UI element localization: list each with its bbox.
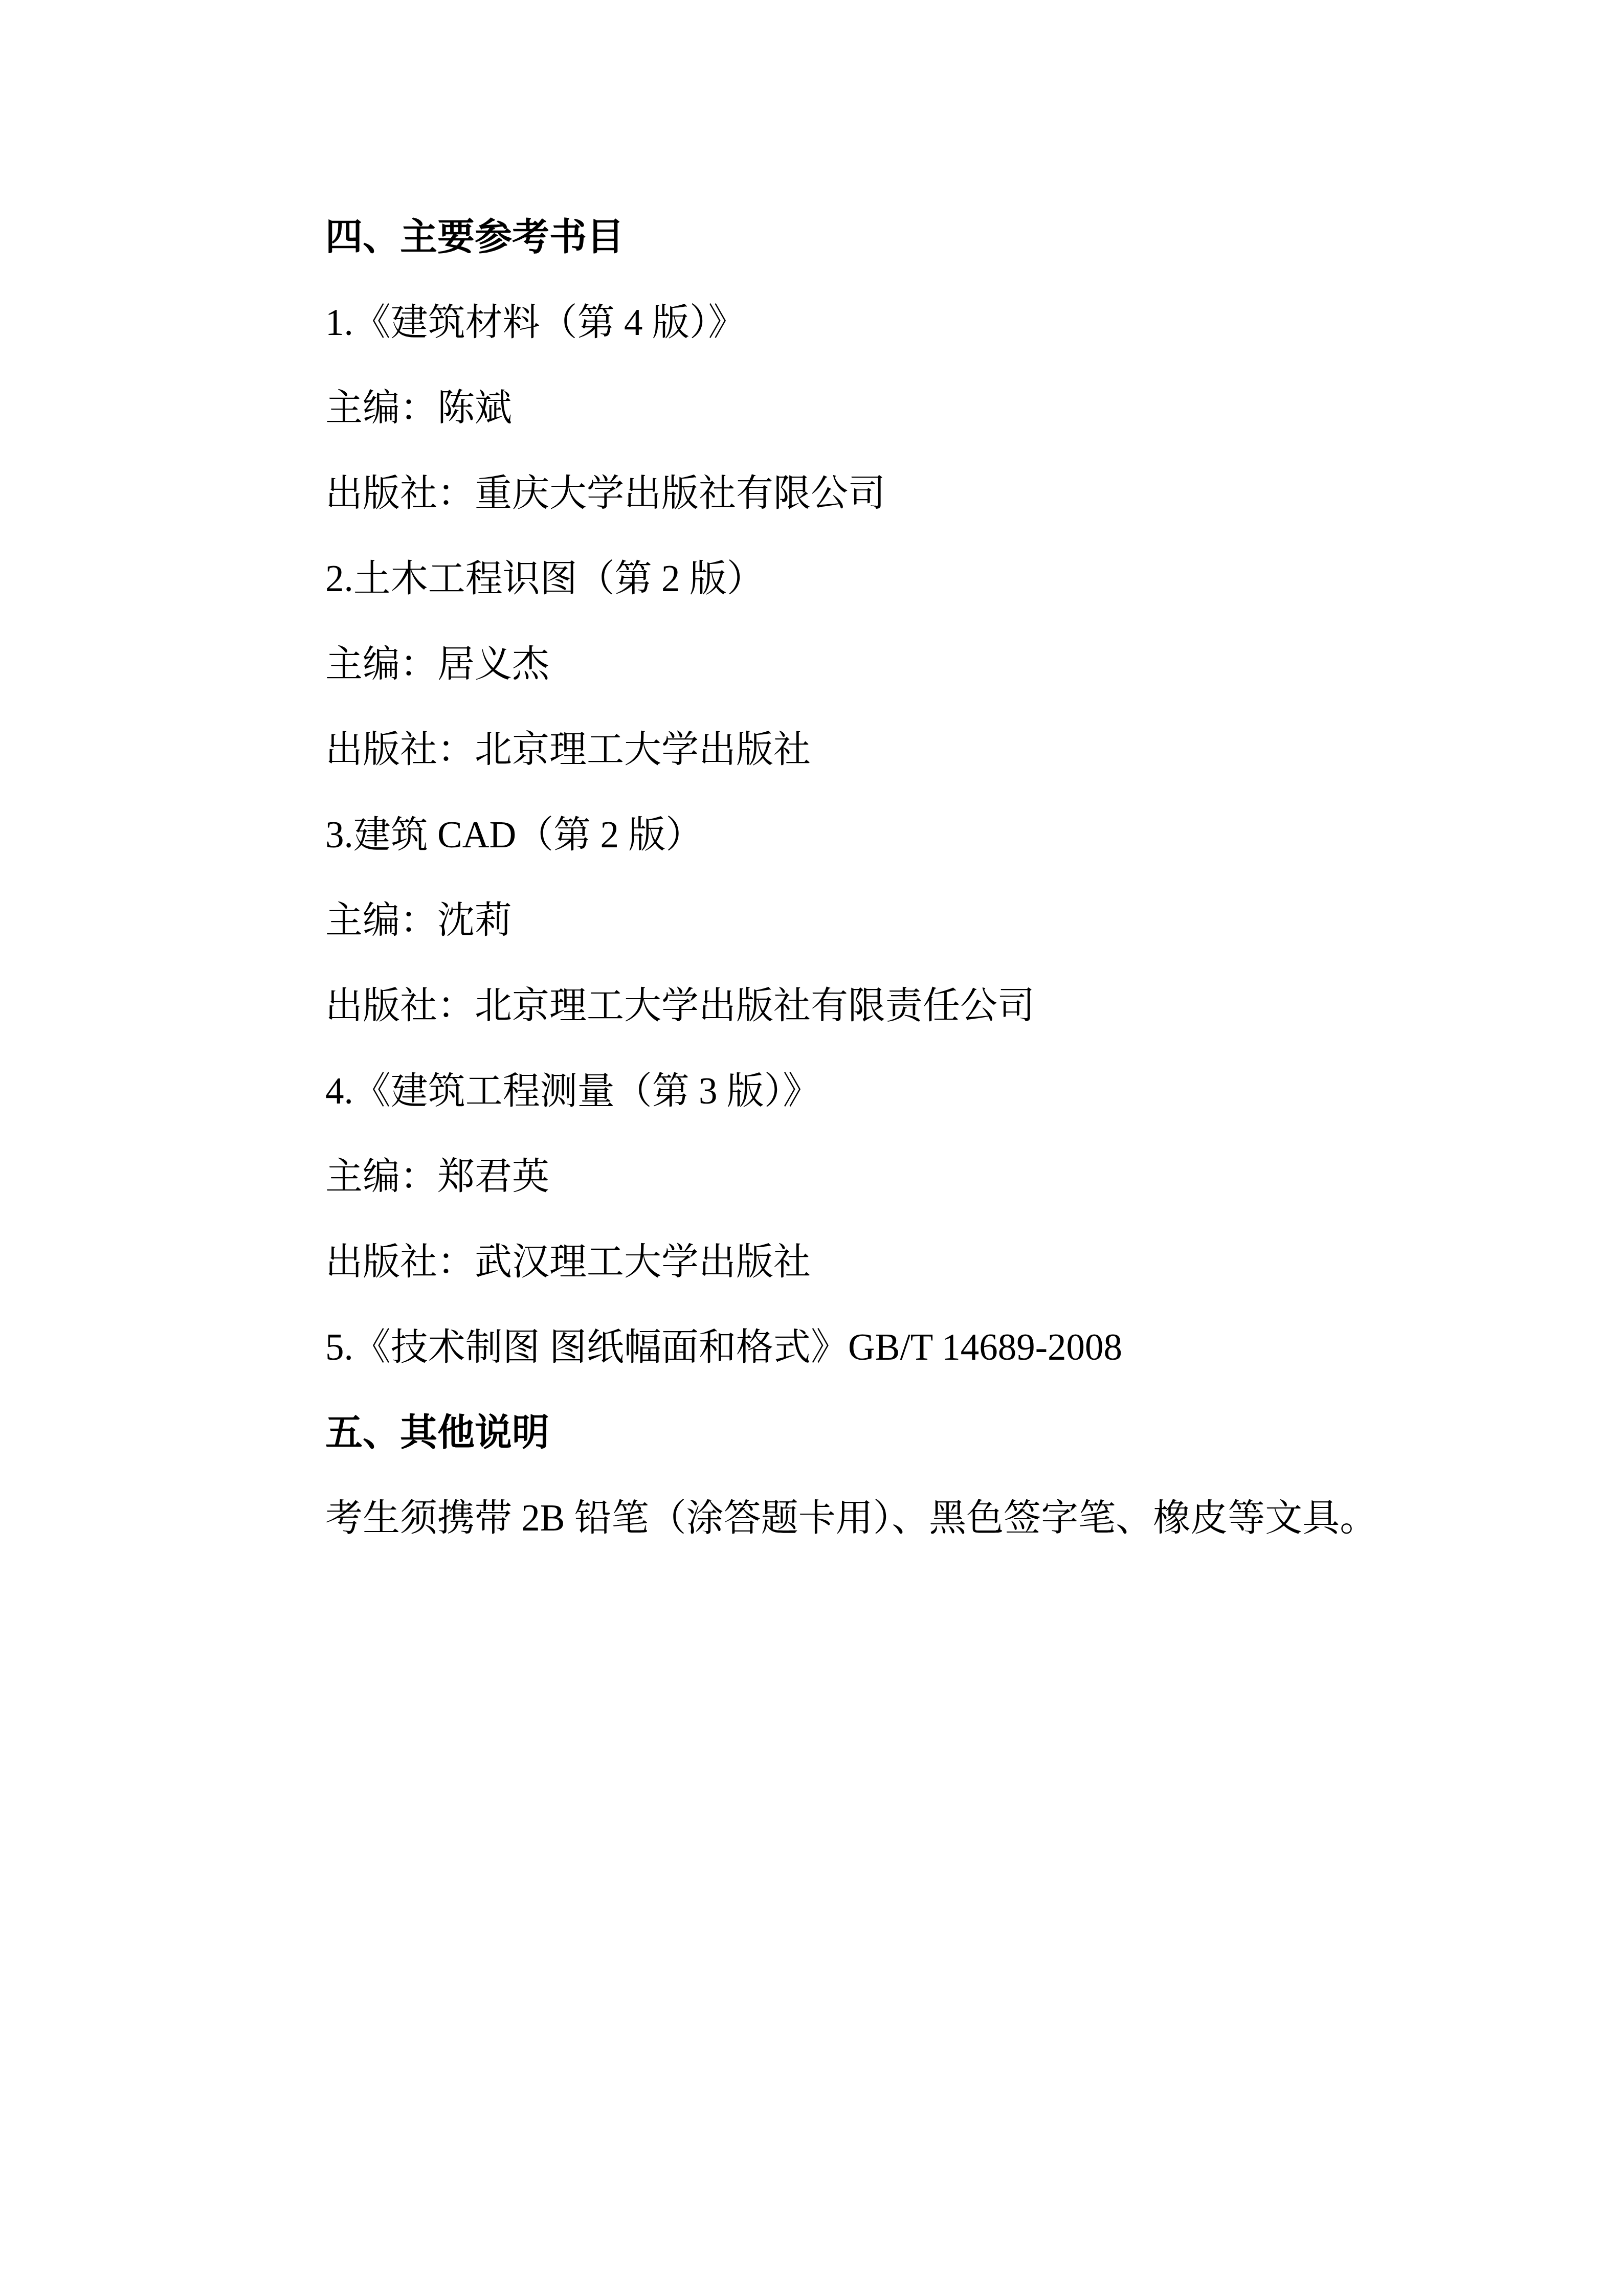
exam-supplies-note: 考生须携带 2B 铅笔（涂答题卡用）、黑色签字笔、橡皮等文具。: [325, 1475, 1451, 1561]
section-heading-references: 四、主要参考书目: [325, 194, 1451, 280]
book-2-publisher: 出版社：北京理工大学出版社: [325, 707, 1451, 792]
book-5-title: 5.《技术制图 图纸幅面和格式》GB/T 14689-2008: [325, 1304, 1451, 1390]
book-1-publisher: 出版社：重庆大学出版社有限公司: [325, 451, 1451, 536]
book-4-title: 4.《建筑工程测量（第 3 版）》: [325, 1048, 1451, 1134]
section-heading-other-notes: 五、其他说明: [325, 1390, 1451, 1475]
book-2-editor: 主编：居义杰: [325, 621, 1451, 707]
book-4-publisher: 出版社：武汉理工大学出版社: [325, 1219, 1451, 1304]
book-1-title: 1.《建筑材料（第 4 版）》: [325, 280, 1451, 365]
book-3-publisher: 出版社：北京理工大学出版社有限责任公司: [325, 963, 1451, 1048]
book-3-title: 3.建筑 CAD（第 2 版）: [325, 792, 1451, 877]
document-content: 四、主要参考书目 1.《建筑材料（第 4 版）》 主编：陈斌 出版社：重庆大学出…: [325, 194, 1451, 1561]
book-3-editor: 主编：沈莉: [325, 877, 1451, 963]
book-4-editor: 主编：郑君英: [325, 1134, 1451, 1219]
document-page: 四、主要参考书目 1.《建筑材料（第 4 版）》 主编：陈斌 出版社：重庆大学出…: [0, 0, 1624, 2296]
book-1-editor: 主编：陈斌: [325, 365, 1451, 451]
book-2-title: 2.土木工程识图（第 2 版）: [325, 536, 1451, 621]
